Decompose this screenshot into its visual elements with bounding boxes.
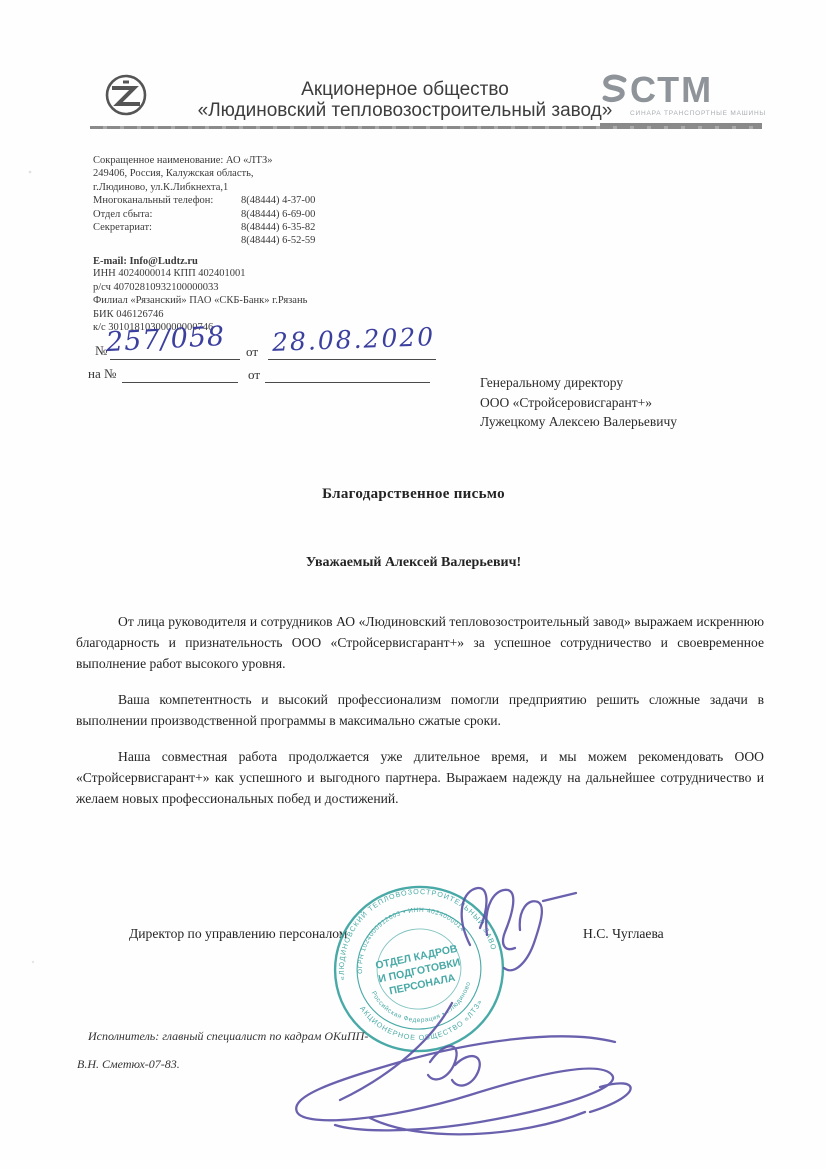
contact-label: Секретариат: [93,221,241,234]
contact-phone: 8(48444) 4-37-00 [241,194,315,207]
contact-line: Сокращенное наименование: АО «ЛТЗ» [93,154,315,167]
company-name-line2: «Людиновский тепловозостроительный завод… [165,100,645,121]
contact-line: г.Людиново, ул.К.Либкнехта,1 [93,181,315,194]
contact-line: 249406, Россия, Калужская область, [93,167,315,180]
bank-line: Филиал «Рязанский» ПАО «СКБ-Банк» г.Ряза… [93,294,307,308]
executor-phone-line: В.Н. Сметюх-07-83. [77,1057,180,1072]
letter-body: От лица руководителя и сотрудников АО «Л… [76,611,764,824]
paragraph: Ваша компетентность и высокий профессион… [76,689,764,731]
addressee-line: ООО «Стройсеровисгарант+» [480,393,677,413]
reply-number-label: на № [88,366,116,382]
executor-line: Исполнитель: главный специалист по кадра… [88,1029,368,1044]
company-name-line1: Акционерное общество [165,79,645,100]
reply-number-underline [122,382,238,383]
handwritten-date: 28.08.2020 [272,322,436,357]
addressee-line: Генеральному директору [480,373,677,393]
contact-label [93,234,241,247]
contact-phone: 8(48444) 6-35-82 [241,221,315,234]
signatory-name: Н.С. Чуглаева [583,926,664,942]
addressee-block: Генеральному директору ООО «Стройсеровис… [480,373,677,432]
stm-logo-text: СТМ [630,72,713,108]
company-contacts-block: Сокращенное наименование: АО «ЛТЗ» 24940… [93,154,315,268]
header-divider [90,126,762,129]
document-title: Благодарственное письмо [0,486,827,503]
contact-line: Секретариат: 8(48444) 6-35-82 [93,221,315,234]
bank-line: р/сч 40702810932100000033 [93,281,307,295]
stm-tagline: СИНАРА ТРАНСПОРТНЫЕ МАШИНЫ [630,110,766,117]
stm-logo: СТМ СИНАРА ТРАНСПОРТНЫЕ МАШИНЫ [600,72,766,117]
date-underline [268,359,436,360]
reply-from-label: от [248,367,260,383]
salutation: Уважаемый Алексей Валерьевич! [0,555,827,571]
paragraph: От лица руководителя и сотрудников АО «Л… [76,611,764,674]
bank-line: ИНН 4024000014 КПП 402401001 [93,267,307,281]
stm-logo-icon [600,72,630,108]
ltz-logo-icon [103,72,149,118]
contact-line: Многоканальный телефон: 8(48444) 4-37-00 [93,194,315,207]
contact-line: Отдел сбыта: 8(48444) 6-69-00 [93,208,315,221]
contact-label: Многоканальный телефон: [93,194,241,207]
addressee-line: Лужецкому Алексею Валерьевичу [480,412,677,432]
scanned-letter-page: Акционерное общество «Людиновский теплов… [0,0,827,1169]
contact-label: Отдел сбыта: [93,208,241,221]
handwritten-number: 257/058 [105,321,226,358]
contact-line: 8(48444) 6-52-59 [93,234,315,247]
signatory-role: Директор по управлению персоналом [129,926,347,942]
number-underline [110,359,240,360]
company-name-header: Акционерное общество «Людиновский теплов… [165,79,645,121]
reply-date-underline [265,382,430,383]
contact-phone: 8(48444) 6-69-00 [241,208,315,221]
paragraph: Наша совместная работа продолжается уже … [76,746,764,809]
contact-phone: 8(48444) 6-52-59 [241,234,315,247]
header-divider-right [600,123,762,126]
from-label: от [246,344,258,360]
bank-line: БИК 046126746 [93,308,307,322]
reference-block: № 257/058 от 28.08.2020 на № от [88,330,448,390]
